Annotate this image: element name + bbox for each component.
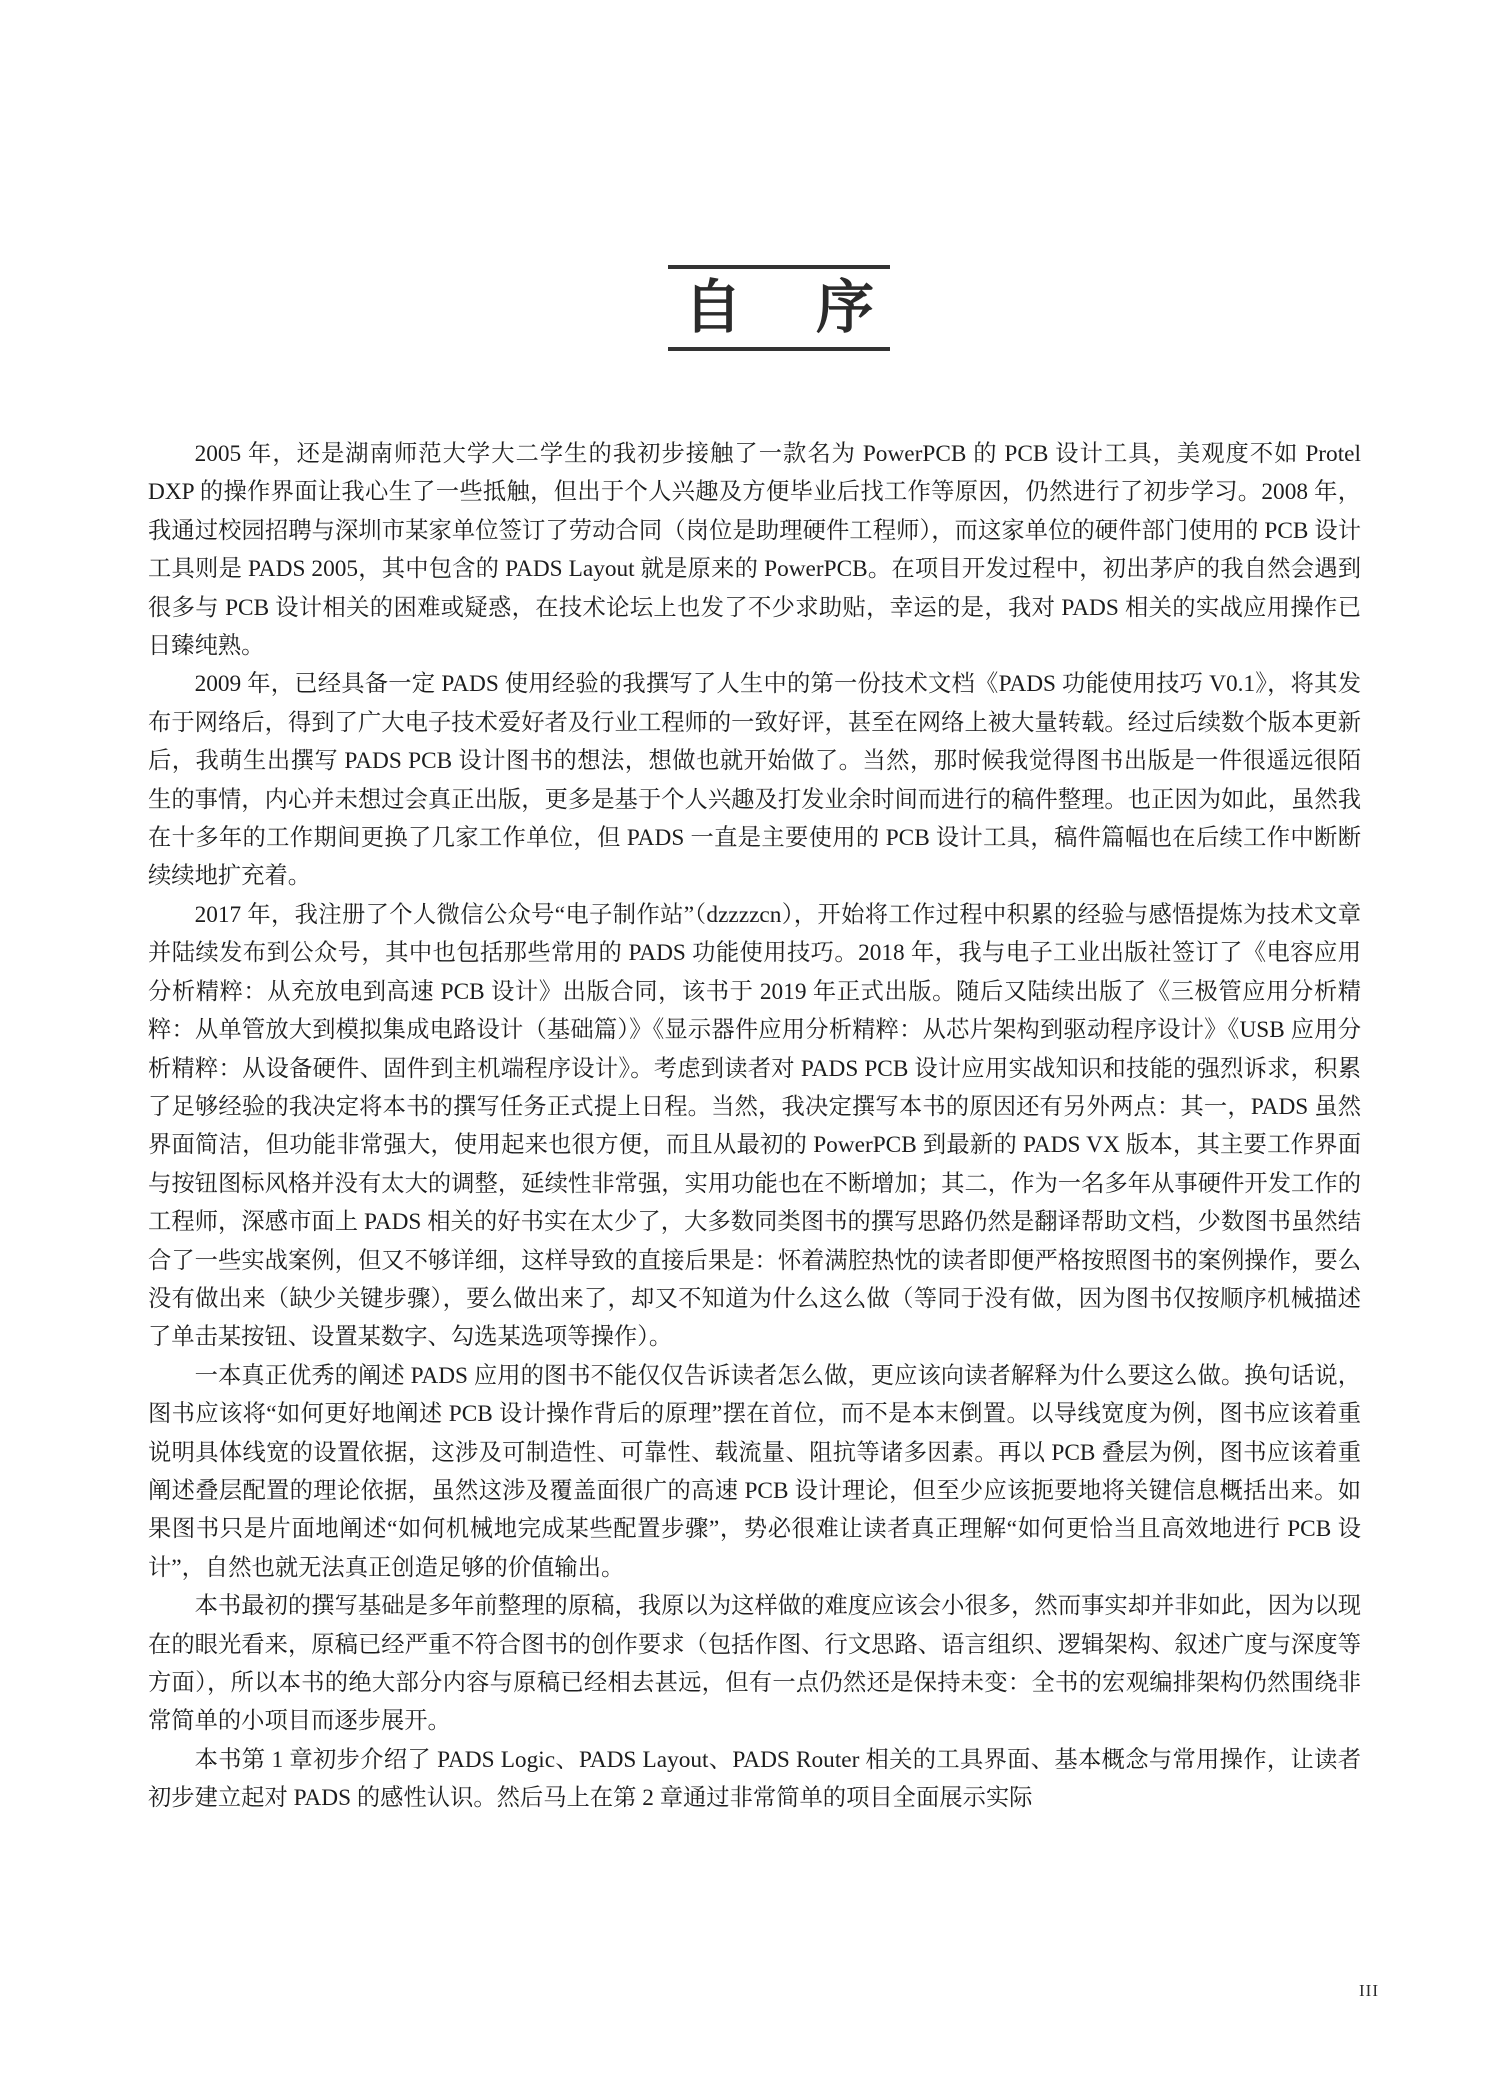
title-char-second: 序 bbox=[816, 269, 874, 347]
paragraph-1: 2005 年，还是湖南师范大学大二学生的我初步接触了一款名为 PowerPCB … bbox=[148, 435, 1361, 665]
preface-title-block: 自 序 bbox=[668, 265, 890, 351]
document-page: 自 序 2005 年，还是湖南师范大学大二学生的我初步接触了一款名为 Power… bbox=[0, 0, 1497, 2095]
paragraph-5: 本书最初的撰写基础是多年前整理的原稿，我原以为这样做的难度应该会小很多，然而事实… bbox=[148, 1587, 1361, 1741]
title-rule-bottom bbox=[668, 347, 890, 351]
page-number: III bbox=[1359, 1981, 1379, 2000]
paragraph-6: 本书第 1 章初步介绍了 PADS Logic、PADS Layout、PADS… bbox=[148, 1741, 1361, 1818]
paragraph-2: 2009 年，已经具备一定 PADS 使用经验的我撰写了人生中的第一份技术文档《… bbox=[148, 665, 1361, 895]
page-title: 自 序 bbox=[668, 269, 890, 347]
preface-body: 2005 年，还是湖南师范大学大二学生的我初步接触了一款名为 PowerPCB … bbox=[148, 435, 1361, 1818]
paragraph-4: 一本真正优秀的阐述 PADS 应用的图书不能仅仅告诉读者怎么做，更应该向读者解释… bbox=[148, 1357, 1361, 1587]
page-footer: III bbox=[1359, 1981, 1379, 2001]
title-char-first: 自 bbox=[684, 269, 742, 347]
paragraph-3: 2017 年，我注册了个人微信公众号“电子制作站”（dzzzzcn），开始将工作… bbox=[148, 896, 1361, 1357]
